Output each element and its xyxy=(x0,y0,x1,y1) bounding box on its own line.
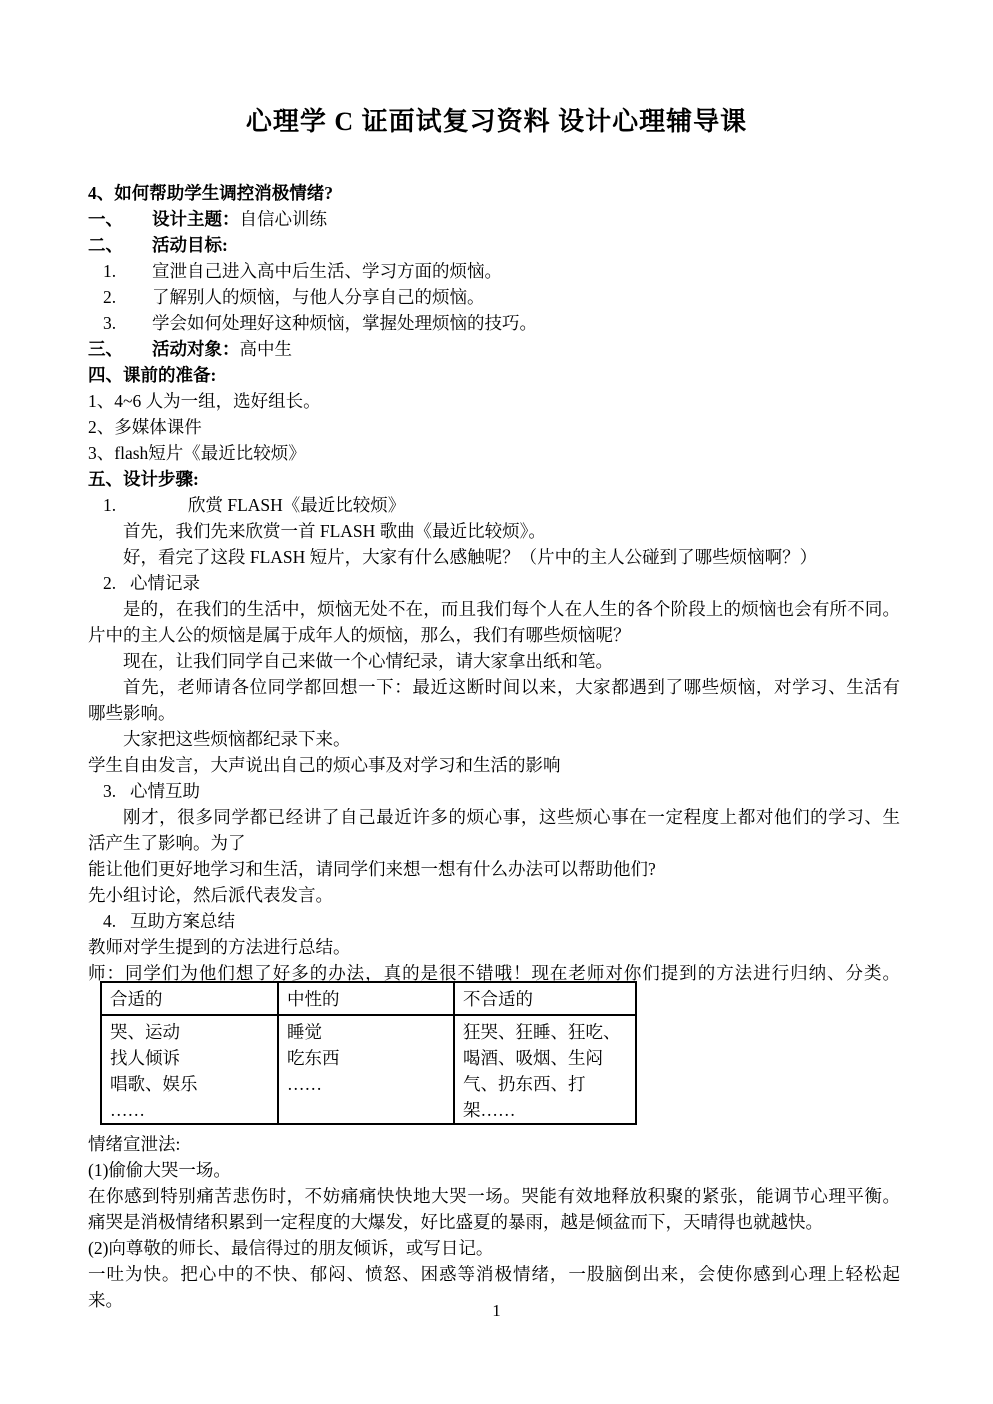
document-line: 2、多媒体课件 xyxy=(88,414,993,440)
document-line: 4、如何帮助学生调控消极情绪? xyxy=(88,180,993,206)
table-header-cell: 合适的 xyxy=(101,982,278,1015)
document-line: 活产生了影响。为了 xyxy=(88,830,993,856)
document-line: 片中的主人公的烦恼是属于成年人的烦恼，那么，我们有哪些烦恼呢？ xyxy=(88,622,993,648)
text-run: 痛哭是消极情绪积累到一定程度的大爆发，好比盛夏的暴雨，越是倾盆而下，天晴得也就越… xyxy=(88,1212,823,1232)
document-line: 一、设计主题：自信心训练 xyxy=(88,206,993,232)
list-number: 3. xyxy=(103,778,130,804)
text-run: 一吐为快。把心中的不快、郁闷、愤怒、困惑等消极情绪，一股脑倒出来，会使你感到心理… xyxy=(88,1264,900,1284)
table-cell: 哭、运动找人倾诉唱歌、娱乐…… xyxy=(101,1015,278,1124)
text-run: (2)向尊敬的师长、最信得过的朋友倾诉，或写日记。 xyxy=(88,1238,493,1258)
document-page: 心理学 C 证面试复习资料 设计心理辅导课 4、如何帮助学生调控消极情绪?一、设… xyxy=(0,0,993,1404)
text-run: 师：同学们为他们想了好多的办法，真的是很不错哦！现在老师对你们提到的方法进行归纳… xyxy=(88,963,900,983)
document-line: 2.了解别人的烦恼，与他人分享自己的烦恼。 xyxy=(88,284,993,310)
text-run: 先小组讨论，然后派代表发言。 xyxy=(88,885,333,905)
document-line: 痛哭是消极情绪积累到一定程度的大爆发，好比盛夏的暴雨，越是倾盆而下，天晴得也就越… xyxy=(88,1209,993,1235)
page-number: 1 xyxy=(0,1301,993,1321)
list-number: 1. xyxy=(103,492,188,518)
text-run: 哪些影响。 xyxy=(88,703,176,723)
document-line: 1.欣赏 FLASH《最近比较烦》 xyxy=(88,492,993,518)
cell-line: 找人倾诉 xyxy=(110,1045,273,1071)
cell-line: 哭、运动 xyxy=(110,1019,273,1045)
text-run: 3、flash短片《最近比较烦》 xyxy=(88,443,306,463)
text-run: 五、设计步骤: xyxy=(88,469,199,489)
text-run: 高中生 xyxy=(240,339,293,359)
text-run: 自信心训练 xyxy=(240,209,328,229)
text-run: 宣泄自己进入高中后生活、学习方面的烦恼。 xyxy=(152,261,502,281)
document-line: 哪些影响。 xyxy=(88,700,993,726)
text-run: 互助方案总结 xyxy=(130,911,235,931)
list-number: 3. xyxy=(103,310,152,336)
text-run: 情绪宣泄法: xyxy=(88,1134,180,1154)
document-title: 心理学 C 证面试复习资料 设计心理辅导课 xyxy=(0,101,993,138)
table-header-cell: 不合适的 xyxy=(454,982,636,1015)
document-line: 大家把这些烦恼都纪录下来。 xyxy=(88,726,993,752)
document-line: 教师对学生提到的方法进行总结。 xyxy=(88,934,993,960)
document-line: 1.宣泄自己进入高中后生活、学习方面的烦恼。 xyxy=(88,258,993,284)
document-line: 首先，我们先来欣赏一首 FLASH 歌曲《最近比较烦》。 xyxy=(88,518,993,544)
text-run: 四、课前的准备: xyxy=(88,365,216,385)
body-text-lower: 情绪宣泄法:(1)偷偷大哭一场。在你感到特别痛苦悲伤时，不妨痛痛快快地大哭一场。… xyxy=(88,1131,993,1313)
table-header-cell: 中性的 xyxy=(278,982,454,1015)
text-run: 教师对学生提到的方法进行总结。 xyxy=(88,937,351,957)
text-run: 欣赏 FLASH《最近比较烦》 xyxy=(188,495,405,515)
document-line: 五、设计步骤: xyxy=(88,466,993,492)
cell-line: 唱歌、娱乐 xyxy=(110,1071,273,1097)
text-run: 心情记录 xyxy=(130,573,200,593)
document-line: 四、课前的准备: xyxy=(88,362,993,388)
document-body: 4、如何帮助学生调控消极情绪?一、设计主题：自信心训练二、活动目标:1.宣泄自己… xyxy=(88,180,993,1313)
list-number: 2. xyxy=(103,570,130,596)
list-number: 1. xyxy=(103,258,152,284)
body-text-upper: 4、如何帮助学生调控消极情绪?一、设计主题：自信心训练二、活动目标:1.宣泄自己… xyxy=(88,180,993,986)
text-run: 心情互助 xyxy=(130,781,200,801)
cell-line: 架…… xyxy=(463,1097,631,1123)
list-number: 二、 xyxy=(88,232,152,258)
text-run: 4、如何帮助学生调控消极情绪? xyxy=(88,183,333,203)
document-line: 3.心情互助 xyxy=(88,778,993,804)
text-run: 2、多媒体课件 xyxy=(88,417,202,437)
document-line: 先小组讨论，然后派代表发言。 xyxy=(88,882,993,908)
text-run: 在你感到特别痛苦悲伤时，不妨痛痛快快地大哭一场。哭能有效地释放积聚的紧张，能调节… xyxy=(88,1186,900,1206)
text-run: 片中的主人公的烦恼是属于成年人的烦恼，那么，我们有哪些烦恼呢？ xyxy=(88,625,631,645)
cell-line: …… xyxy=(110,1097,273,1123)
text-run: 是的，在我们的生活中，烦恼无处不在，而且我们每个人在人生的各个阶段上的烦恼也会有… xyxy=(123,599,900,619)
document-line: 情绪宣泄法: xyxy=(88,1131,993,1157)
text-run: 学生自由发言，大声说出自己的烦心事及对学习和生活的影响 xyxy=(88,755,561,775)
cell-line: 吃东西 xyxy=(287,1045,449,1071)
document-line: 3、flash短片《最近比较烦》 xyxy=(88,440,993,466)
emotion-methods-table: 合适的中性的不合适的 哭、运动找人倾诉唱歌、娱乐……睡觉吃东西……狂哭、狂睡、狂… xyxy=(100,981,637,1125)
document-line: 学生自由发言，大声说出自己的烦心事及对学习和生活的影响 xyxy=(88,752,993,778)
cell-line: 狂哭、狂睡、狂吃、 xyxy=(463,1019,631,1045)
table-cell: 狂哭、狂睡、狂吃、喝酒、吸烟、生闷气、扔东西、打架…… xyxy=(454,1015,636,1124)
text-run: (1)偷偷大哭一场。 xyxy=(88,1160,231,1180)
text-run: 学会如何处理好这种烦恼，掌握处理烦恼的技巧。 xyxy=(152,313,537,333)
document-line: 是的，在我们的生活中，烦恼无处不在，而且我们每个人在人生的各个阶段上的烦恼也会有… xyxy=(88,596,900,622)
table-header-row: 合适的中性的不合适的 xyxy=(101,982,636,1015)
document-line: 1、4~6 人为一组，选好组长。 xyxy=(88,388,993,414)
text-run: 活动目标: xyxy=(152,235,228,255)
text-run: 能让他们更好地学习和生活，请同学们来想一想有什么办法可以帮助他们? xyxy=(88,859,656,879)
cell-line: 气、扔东西、打 xyxy=(463,1071,631,1097)
text-run: 刚才，很多同学都已经讲了自己最近许多的烦心事，这些烦心事在一定程度上都对他们的学… xyxy=(123,807,900,827)
document-line: 能让他们更好地学习和生活，请同学们来想一想有什么办法可以帮助他们? xyxy=(88,856,993,882)
text-run: 现在，让我们同学自己来做一个心情纪录，请大家拿出纸和笔。 xyxy=(123,651,613,671)
document-line: 一吐为快。把心中的不快、郁闷、愤怒、困惑等消极情绪，一股脑倒出来，会使你感到心理… xyxy=(88,1261,900,1287)
document-line: 刚才，很多同学都已经讲了自己最近许多的烦心事，这些烦心事在一定程度上都对他们的学… xyxy=(88,804,900,830)
document-line: 现在，让我们同学自己来做一个心情纪录，请大家拿出纸和笔。 xyxy=(88,648,993,674)
text-run: 了解别人的烦恼，与他人分享自己的烦恼。 xyxy=(152,287,485,307)
document-line: 三、活动对象：高中生 xyxy=(88,336,993,362)
list-number: 一、 xyxy=(88,206,152,232)
table-cell: 睡觉吃东西…… xyxy=(278,1015,454,1124)
document-line: 首先，老师请各位同学都回想一下：最近这断时间以来，大家都遇到了哪些烦恼，对学习、… xyxy=(88,674,900,700)
document-line: 师：同学们为他们想了好多的办法，真的是很不错哦！现在老师对你们提到的方法进行归纳… xyxy=(88,960,900,986)
document-line: 二、活动目标: xyxy=(88,232,993,258)
document-line: 3.学会如何处理好这种烦恼，掌握处理烦恼的技巧。 xyxy=(88,310,993,336)
text-run: 活产生了影响。为了 xyxy=(88,833,246,853)
text-run: 好，看完了这段 FLASH 短片，大家有什么感触呢？（片中的主人公碰到了哪些烦恼… xyxy=(123,547,817,567)
cell-line: 睡觉 xyxy=(287,1019,449,1045)
text-run: 首先，我们先来欣赏一首 FLASH 歌曲《最近比较烦》。 xyxy=(123,521,546,541)
text-run: 1、4~6 人为一组，选好组长。 xyxy=(88,391,321,411)
table-body-row: 哭、运动找人倾诉唱歌、娱乐……睡觉吃东西……狂哭、狂睡、狂吃、喝酒、吸烟、生闷气… xyxy=(101,1015,636,1124)
document-line: 2.心情记录 xyxy=(88,570,993,596)
document-line: 在你感到特别痛苦悲伤时，不妨痛痛快快地大哭一场。哭能有效地释放积聚的紧张，能调节… xyxy=(88,1183,900,1209)
text-run: 设计主题： xyxy=(152,209,240,229)
document-line: 4.互助方案总结 xyxy=(88,908,993,934)
text-run: 活动对象： xyxy=(152,339,240,359)
document-line: (2)向尊敬的师长、最信得过的朋友倾诉，或写日记。 xyxy=(88,1235,993,1261)
list-number: 三、 xyxy=(88,336,152,362)
text-run: 大家把这些烦恼都纪录下来。 xyxy=(123,729,351,749)
document-line: 好，看完了这段 FLASH 短片，大家有什么感触呢？（片中的主人公碰到了哪些烦恼… xyxy=(88,544,993,570)
list-number: 4. xyxy=(103,908,130,934)
cell-line: …… xyxy=(287,1071,449,1097)
list-number: 2. xyxy=(103,284,152,310)
cell-line: 喝酒、吸烟、生闷 xyxy=(463,1045,631,1071)
document-line: (1)偷偷大哭一场。 xyxy=(88,1157,993,1183)
text-run: 首先，老师请各位同学都回想一下：最近这断时间以来，大家都遇到了哪些烦恼，对学习、… xyxy=(123,677,900,697)
